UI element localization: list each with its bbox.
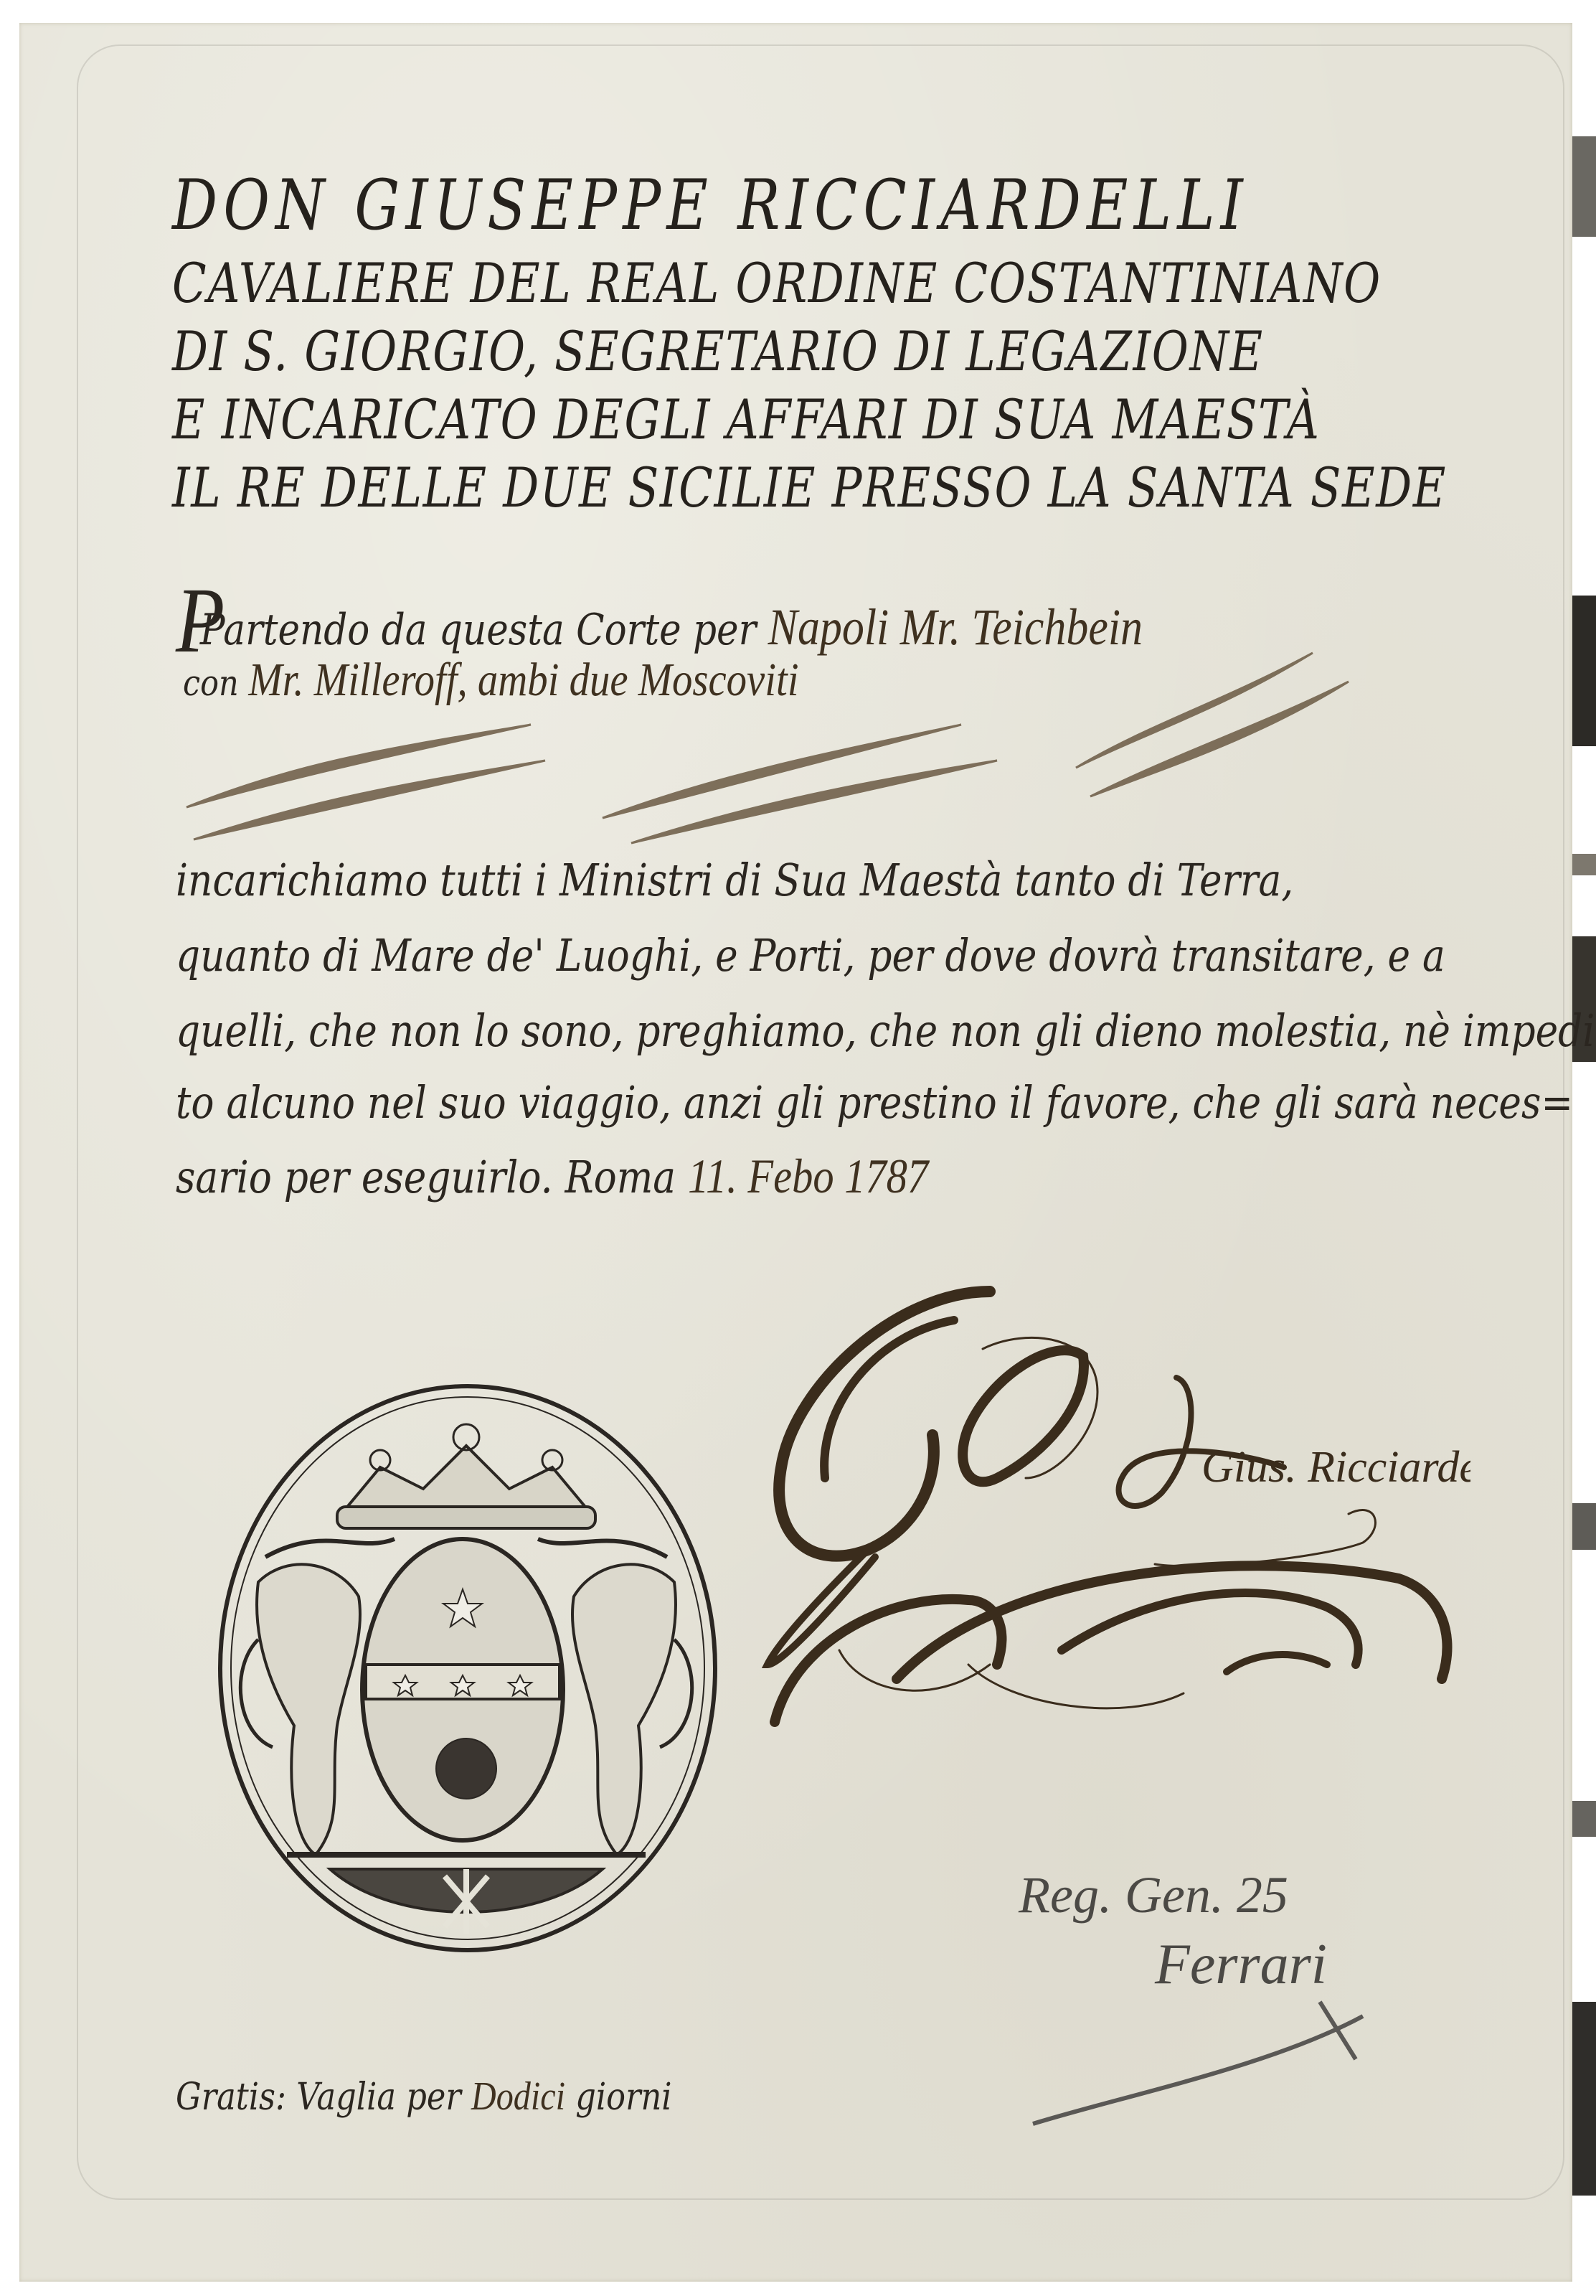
signature: Gius. Ricciardelli [753, 1263, 1470, 1733]
body-line: quelli, che non lo sono, preghiamo, che … [176, 1004, 1596, 1057]
registry-flourish-icon [1019, 1987, 1449, 2131]
date-handwritten: 11. Febo 1787 [688, 1149, 928, 1203]
footer-line: Gratis: Vaglia per Dodici giorni [176, 2074, 672, 2119]
footer-printed-suffix: giorni [575, 2076, 671, 2119]
body-line: incarichiamo tutti i Ministri di Sua Mae… [176, 854, 1293, 906]
coat-of-arms [215, 1381, 724, 1959]
place-printed: Roma [565, 1151, 676, 1203]
body-line: to alcuno nel suo viaggio, anzi gli pres… [176, 1076, 1573, 1129]
footer-printed-prefix: Gratis: Vaglia per [176, 2076, 461, 2119]
signature-flourish-icon: Gius. Ricciardelli [753, 1263, 1470, 1729]
body-line: quanto di Mare de' Luoghi, e Porti, per … [176, 929, 1445, 982]
registry-line1: Reg. Gen. 25 [1019, 1865, 1327, 1925]
coat-of-arms-icon [215, 1381, 724, 1955]
footer-handwritten-days: Dodici [471, 2074, 565, 2119]
body-line: sario per eseguirlo. [176, 1151, 553, 1203]
body-line-last: sario per eseguirlo. Roma 11. Febo 1787 [176, 1148, 928, 1205]
signature-text: Gius. Ricciardelli [1201, 1443, 1470, 1492]
registry-note: Reg. Gen. 25 Ferrari [1004, 1865, 1327, 1998]
